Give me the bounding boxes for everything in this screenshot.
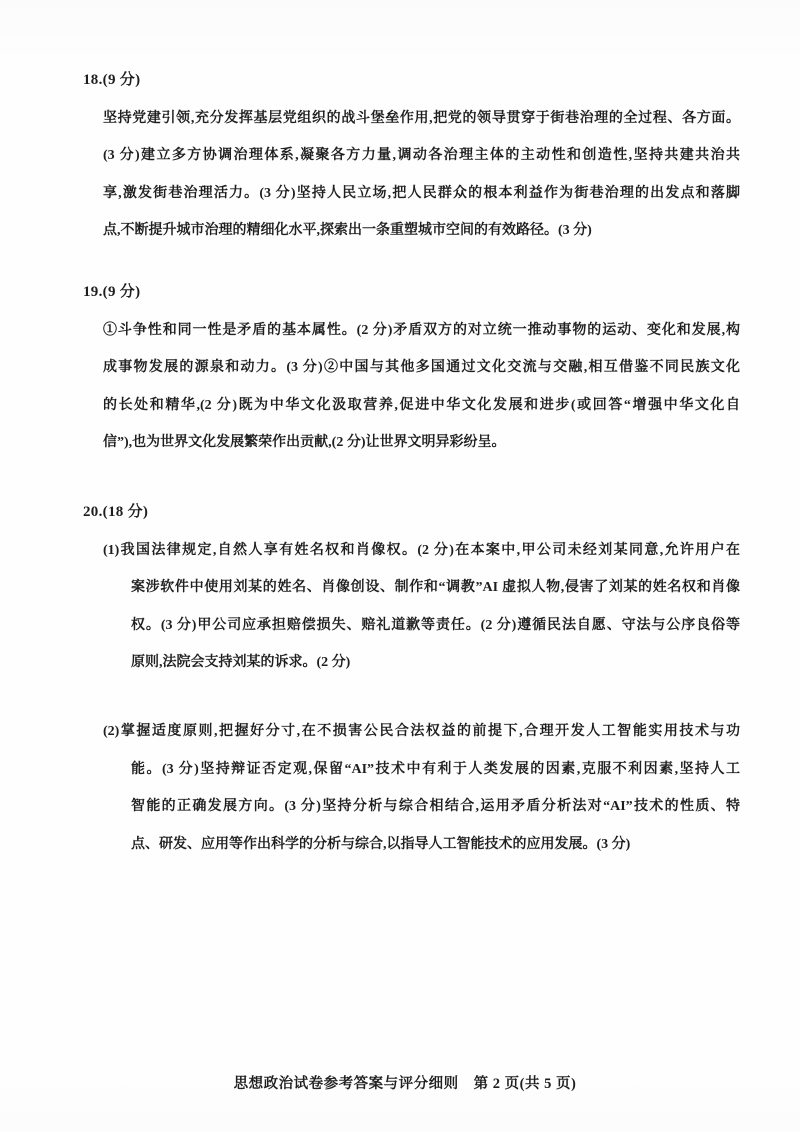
- question-20: 20.(18 分) (1)我国法律规定,自然人享有姓名权和肖像权。(2 分)在本…: [83, 494, 743, 863]
- question-18-answer: 坚持党建引领,充分发挥基层党组织的战斗堡垒作用,把党的领导贯穿于街巷治理的全过程…: [103, 100, 740, 250]
- answer-line: 坚持党建引领,充分发挥基层党组织的战斗堡垒作用,把党的领导贯穿于街巷治理的全过程…: [103, 100, 740, 138]
- answer-line: ①斗争性和同一性是矛盾的基本属性。(2 分)矛盾双方的对立统一推动事物的运动、变…: [103, 312, 740, 350]
- question-20-number: 20.(18 分): [83, 494, 743, 532]
- question-18-number: 18.(9 分): [83, 62, 743, 100]
- answer-line: 案涉软件中使用刘某的姓名、肖像创设、制作和“调教”AI 虚拟人物,侵害了刘某的姓…: [103, 569, 740, 607]
- answer-line: 成事物发展的源泉和动力。(3 分)②中国与其他多国通过文化交流与交融,相互借鉴不…: [103, 349, 740, 387]
- answer-line: 享,激发街巷治理活力。(3 分)坚持人民立场,把人民群众的根本利益作为街巷治理的…: [103, 175, 740, 213]
- answer-line: 权。(3 分)甲公司应承担赔偿损失、赔礼道歉等责任。(2 分)遵循民法自愿、守法…: [103, 607, 740, 645]
- answer-line: (2)掌握适度原则,把握好分寸,在不损害公民合法权益的前提下,合理开发人工智能实…: [103, 713, 740, 751]
- question-19-answer: ①斗争性和同一性是矛盾的基本属性。(2 分)矛盾双方的对立统一推动事物的运动、变…: [103, 312, 740, 462]
- answer-line: 的长处和精华,(2 分)既为中华文化汲取营养,促进中华文化发展和进步(或回答“增…: [103, 387, 740, 425]
- question-18: 18.(9 分) 坚持党建引领,充分发挥基层党组织的战斗堡垒作用,把党的领导贯穿…: [83, 62, 743, 250]
- answer-line: 原则,法院会支持刘某的诉求。(2 分): [103, 644, 740, 682]
- answer-line: 信”),也为世界文化发展繁荣作出贡献,(2 分)让世界文明异彩纷呈。: [103, 424, 740, 462]
- answer-line: 点,不断提升城市治理的精细化水平,探索出一条重塑城市空间的有效路径。(3 分): [103, 212, 740, 250]
- question-19: 19.(9 分) ①斗争性和同一性是矛盾的基本属性。(2 分)矛盾双方的对立统一…: [83, 274, 743, 462]
- question-20-answer-part1: (1)我国法律规定,自然人享有姓名权和肖像权。(2 分)在本案中,甲公司未经刘某…: [103, 532, 740, 682]
- answer-line: (1)我国法律规定,自然人享有姓名权和肖像权。(2 分)在本案中,甲公司未经刘某…: [103, 532, 740, 570]
- answer-line: (3 分)建立多方协调治理体系,凝聚各方力量,调动各治理主体的主动性和创造性,坚…: [103, 137, 740, 175]
- answer-line: 智能的正确发展方向。(3 分)坚持分析与综合相结合,运用矛盾分析法对“AI”技术…: [103, 788, 740, 826]
- question-19-number: 19.(9 分): [83, 274, 743, 312]
- answer-line: 点、研发、应用等作出科学的分析与综合,以指导人工智能技术的应用发展。(3 分): [103, 826, 740, 864]
- question-20-answer-part2: (2)掌握适度原则,把握好分寸,在不损害公民合法权益的前提下,合理开发人工智能实…: [103, 713, 740, 863]
- answer-line: 能。(3 分)坚持辩证否定观,保留“AI”技术中有利于人类发展的因素,克服不利因…: [103, 751, 740, 789]
- page-footer: 思想政治试卷参考答案与评分细则 第 2 页(共 5 页): [0, 1070, 800, 1098]
- scanned-answer-page: 18.(9 分) 坚持党建引领,充分发挥基层党组织的战斗堡垒作用,把党的领导贯穿…: [0, 0, 800, 1132]
